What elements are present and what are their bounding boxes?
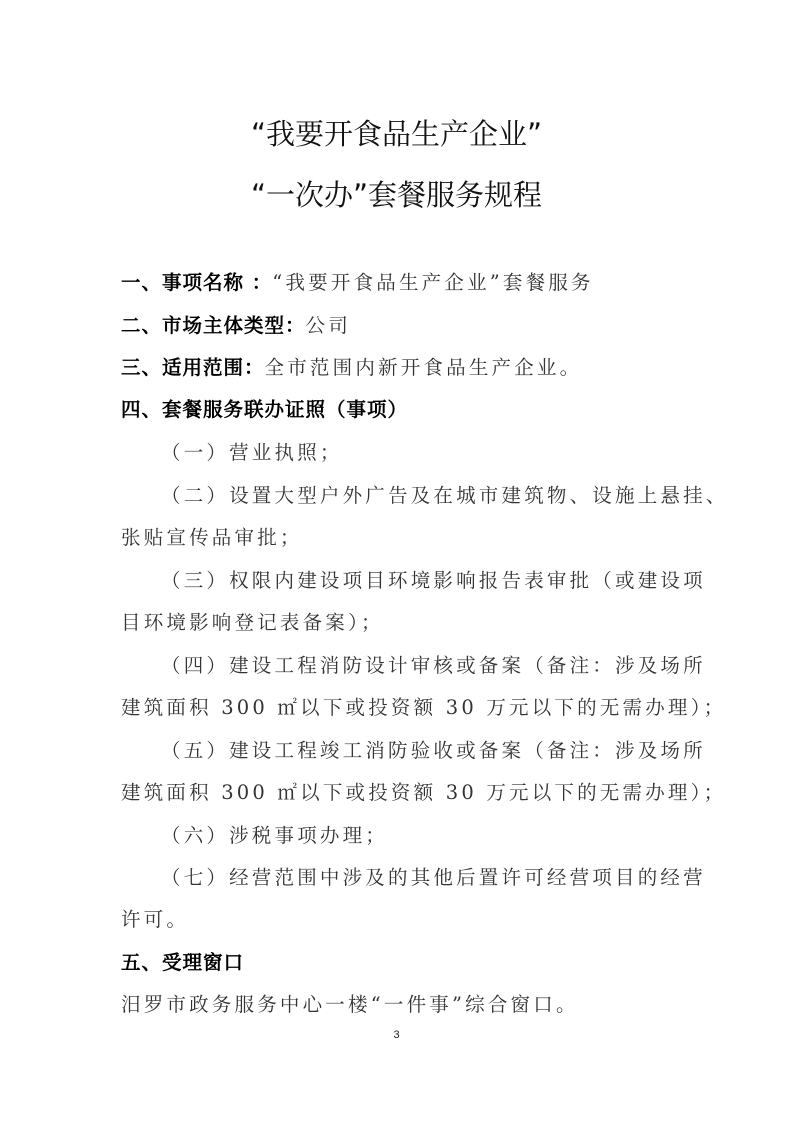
list-item-continuation: 许可。 [121, 908, 189, 932]
list-item-continuation: 建筑面积 300 ㎡以下或投资额 30 万元以下的无需办理）； [121, 696, 726, 720]
document-title-line-1: “我要开食品生产企业” [0, 112, 793, 153]
section-heading: 四、套餐服务联办证照（事项） [121, 398, 408, 421]
section-heading: 二、市场主体类型： [121, 314, 306, 337]
list-item: （一）营业执照； [161, 441, 343, 465]
document-title-line-2: “一次办”套餐服务规程 [0, 173, 793, 214]
list-item: （六）涉税事项办理； [161, 824, 388, 848]
list-item: （五）建设工程竣工消防验收或备案（备注：涉及场所 [161, 739, 706, 763]
section-content: 全市范围内新开食品生产企业。 [265, 356, 583, 379]
page-number: 3 [0, 1029, 793, 1041]
section-entity-type: 二、市场主体类型：公司 [121, 314, 351, 338]
list-item-continuation: 建筑面积 300 ㎡以下或投资额 30 万元以下的无需办理）； [121, 781, 726, 805]
section-heading: 五、受理窗口 [121, 951, 244, 974]
section-content: “我要开食品生产企业”套餐服务 [272, 271, 593, 294]
section-service-window: 五、受理窗口 [121, 951, 244, 975]
list-item: （三）权限内建设项目环境影响报告表审批（或建设项 [161, 569, 706, 593]
section-scope: 三、适用范围：全市范围内新开食品生产企业。 [121, 356, 582, 380]
document-page: “我要开食品生产企业” “一次办”套餐服务规程 一、事项名称 ：“我要开食品生产… [0, 0, 793, 1122]
section-content: 公司 [306, 314, 351, 337]
section-item-name: 一、事项名称 ：“我要开食品生产企业”套餐服务 [121, 271, 594, 295]
section-package-licenses: 四、套餐服务联办证照（事项） [121, 398, 408, 422]
section-content: 汨罗市政务服务中心一楼“一件事”综合窗口。 [121, 993, 579, 1017]
list-item-continuation: 张贴宣传品审批； [121, 526, 303, 550]
list-item: （四）建设工程消防设计审核或备案（备注：涉及场所 [161, 654, 706, 678]
section-heading: 三、适用范围： [121, 356, 265, 379]
list-item: （七）经营范围中涉及的其他后置许可经营项目的经营 [161, 866, 706, 890]
list-item: （二）设置大型户外广告及在城市建筑物、设施上悬挂、 [161, 484, 729, 508]
list-item-continuation: 目环境影响登记表备案）； [121, 611, 384, 635]
section-heading: 一、事项名称 ： [121, 271, 272, 294]
